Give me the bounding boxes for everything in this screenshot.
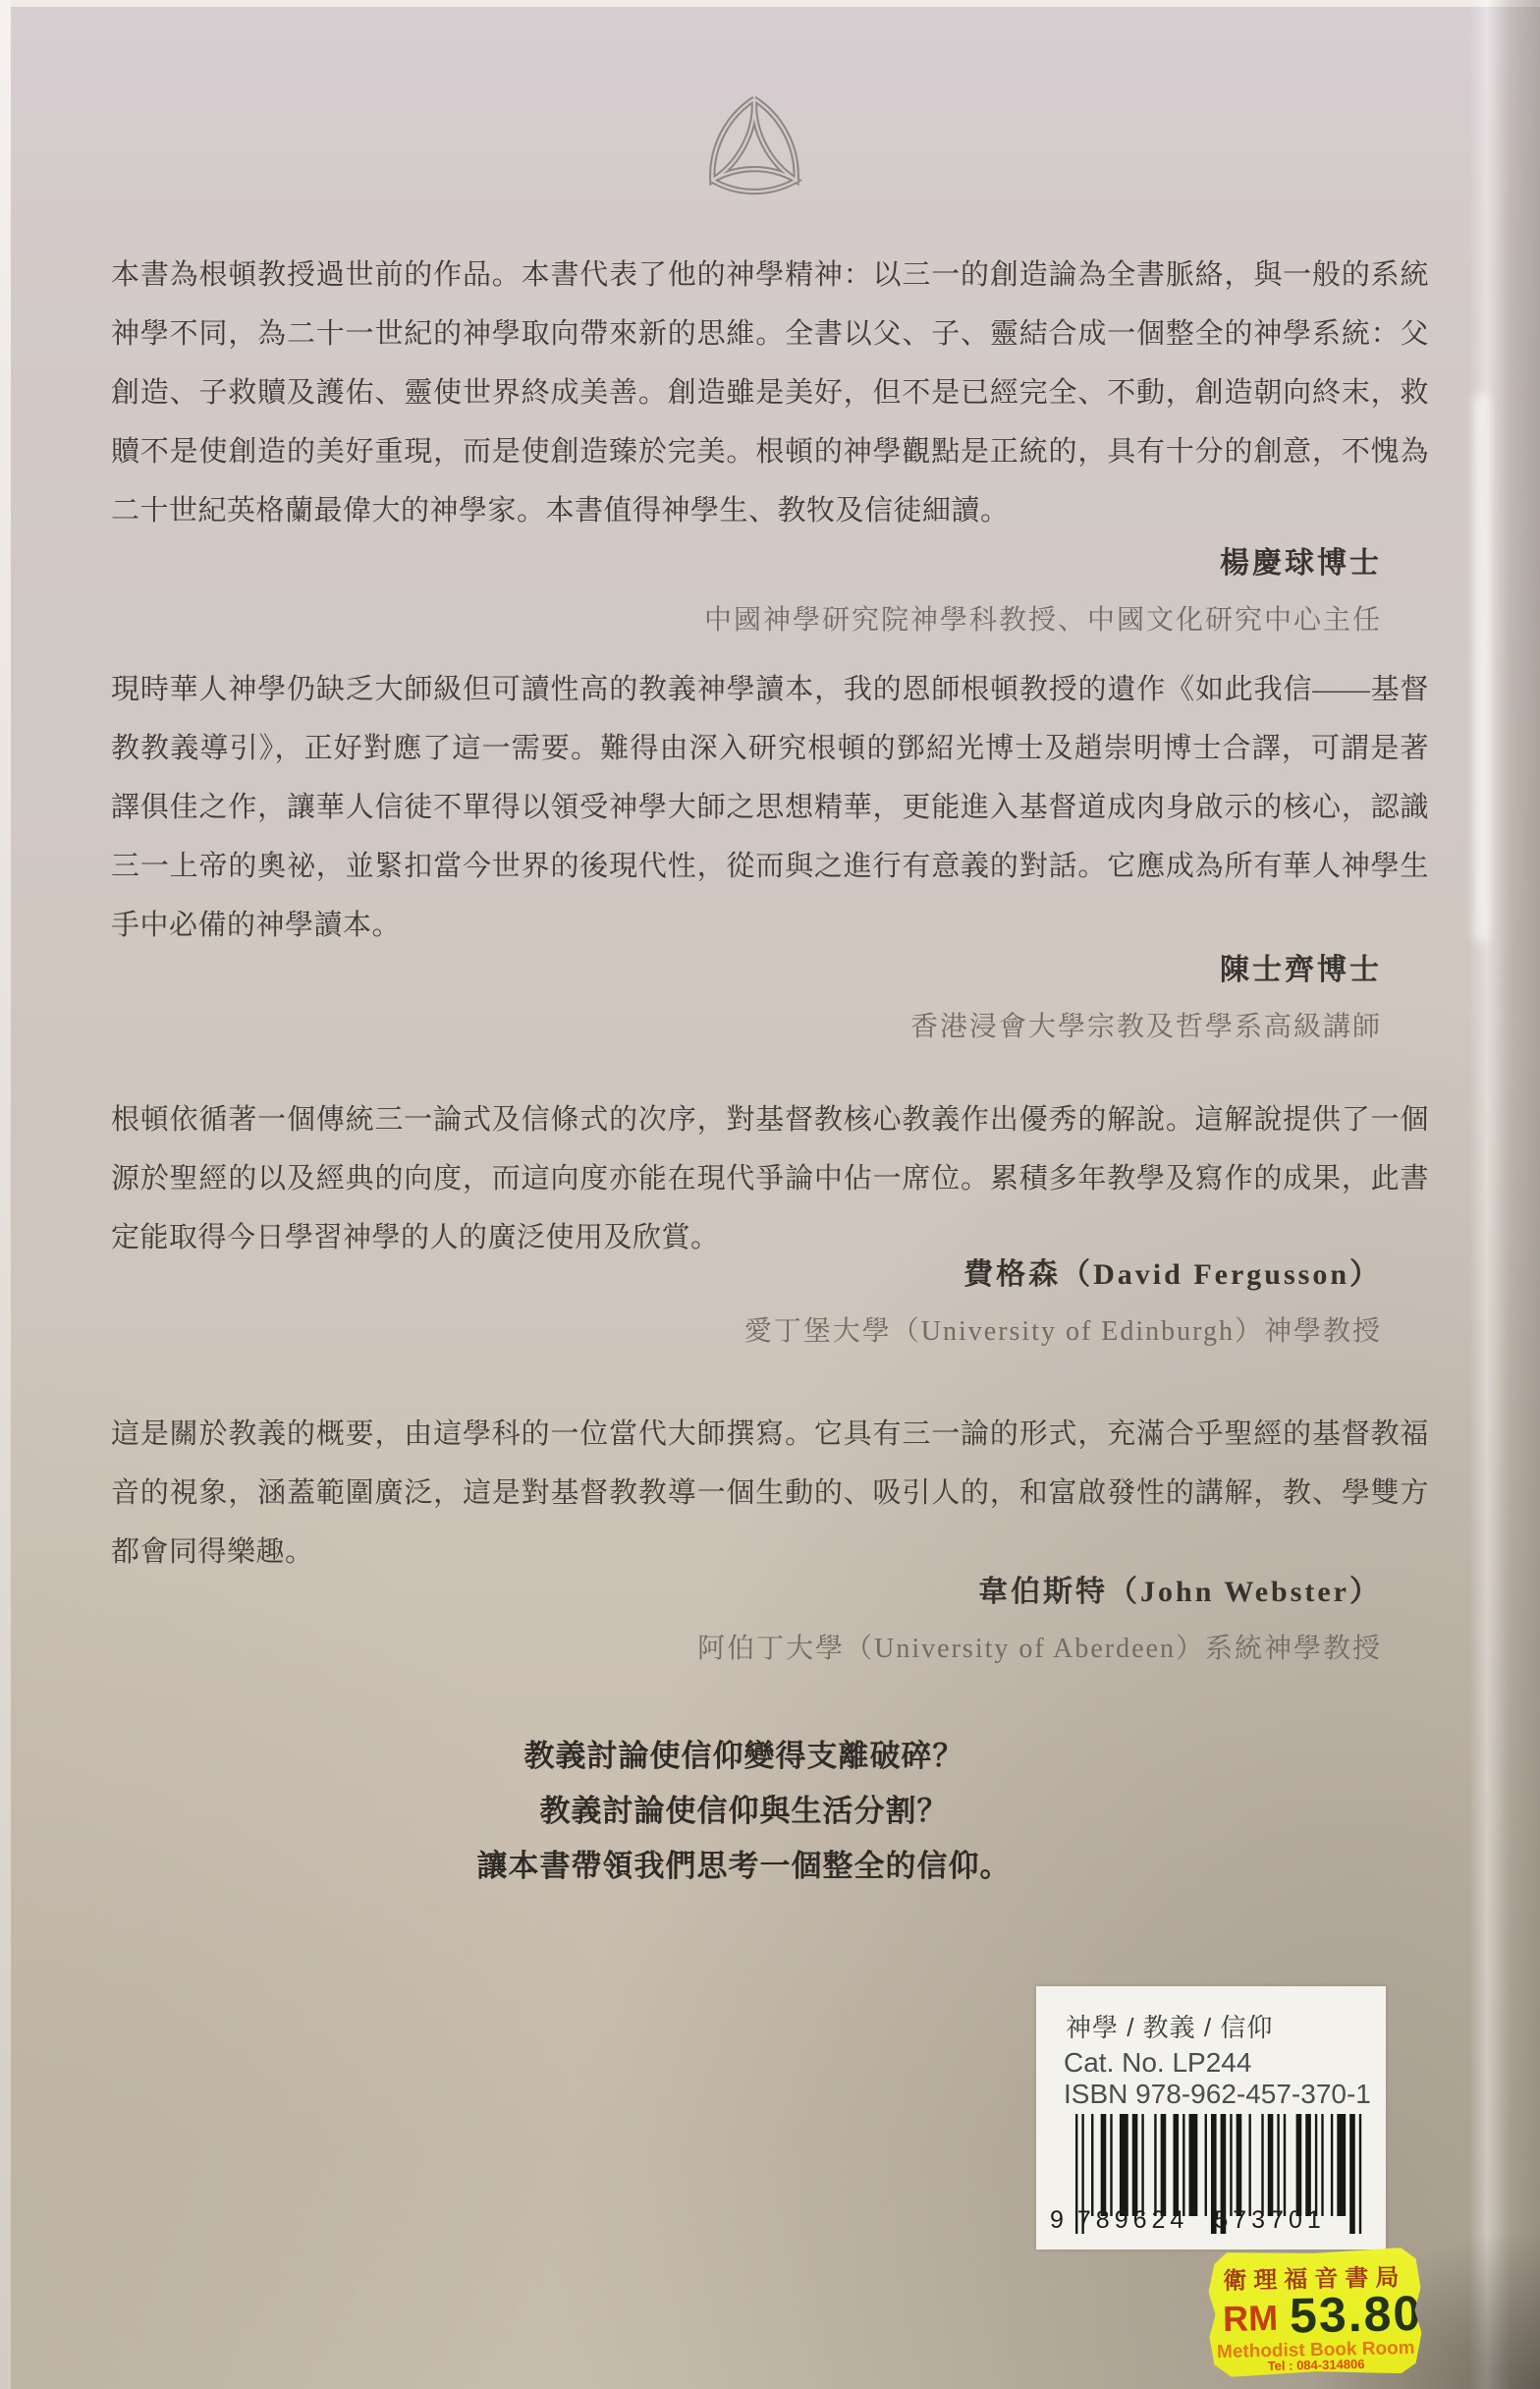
endorsement-text: 這是關於教義的概要，由這學科的一位當代大師撰寫。它具有三一論的形式，充滿合乎聖經… — [111, 1405, 1429, 1582]
endorser-title: 中國神學研究院神學科教授、中國文化研究中心主任 — [704, 598, 1382, 638]
endorsement-text: 根頓依循著一個傳統三一論式及信條式的次序，對基督教核心教義作出優秀的解說。這解說… — [111, 1090, 1429, 1267]
endorser-name: 韋伯斯特（John Webster） — [697, 1567, 1382, 1610]
price-value: 53.80 — [1289, 2285, 1422, 2345]
endorser: 韋伯斯特（John Webster） 阿伯丁大學（University of A… — [697, 1567, 1382, 1666]
endorser-name: 楊慶球博士 — [704, 538, 1382, 582]
subject-category: 神學 / 教義 / 信仰 — [1066, 2008, 1273, 2044]
catalogue-number: Cat. No. LP244 — [1064, 2047, 1251, 2079]
triquetra-trinity-knot-icon — [697, 94, 811, 198]
book-back-cover: { "logo": {"icon": "triquetra-trinity-kn… — [0, 0, 1540, 2389]
barcode-digit-group1: 789624 — [1077, 2206, 1188, 2235]
barcode-digit-first: 9 — [1050, 2206, 1064, 2235]
endorser-name: 費格森（David Fergusson） — [744, 1250, 1382, 1293]
price-sticker: 衛理福音書局 RM 53.80 Methodist Book Room Tel … — [1208, 2248, 1423, 2377]
tagline-line: 教義討論使信仰與生活分割？ — [0, 1784, 1488, 1839]
endorser: 陳士齊博士 香港浸會大學宗教及哲學系高級講師 — [910, 945, 1382, 1044]
photo-edge-left — [0, 0, 11, 2389]
endorser-title: 愛丁堡大學（University of Edinburgh）神學教授 — [744, 1309, 1382, 1349]
light-streak — [1473, 393, 1489, 943]
endorser-title: 香港浸會大學宗教及哲學系高級講師 — [910, 1005, 1382, 1044]
endorsement-text: 現時華人神學仍缺乏大師級但可讀性高的教義神學讀本，我的恩師根頓教授的遺作《如此我… — [111, 660, 1429, 955]
currency-label: RM — [1223, 2298, 1279, 2340]
endorser-title: 阿伯丁大學（University of Aberdeen）系統神學教授 — [697, 1627, 1382, 1666]
endorser: 楊慶球博士 中國神學研究院神學科教授、中國文化研究中心主任 — [704, 538, 1382, 638]
isbn-number: ISBN 978-962-457-370-1 — [1064, 2079, 1371, 2110]
barcode-digits: 9789624573701 — [1050, 2206, 1374, 2235]
endorser: 費格森（David Fergusson） 愛丁堡大學（University of… — [744, 1250, 1382, 1349]
endorsement-text: 本書為根頓教授過世前的作品。本書代表了他的神學精神：以三一的創造論為全書脈絡，與… — [111, 246, 1429, 540]
barcode-digit-group2: 573701 — [1214, 2206, 1325, 2235]
endorser-name: 陳士齊博士 — [910, 945, 1382, 988]
isbn-barcode-box: 神學 / 教義 / 信仰 Cat. No. LP244 ISBN 978-962… — [1036, 1986, 1386, 2250]
book-page-edge — [1469, 0, 1540, 2389]
tagline-line: 教義討論使信仰變得支離破碎？ — [0, 1729, 1488, 1784]
photo-edge-top — [0, 0, 1540, 7]
tagline: 教義討論使信仰變得支離破碎？ 教義討論使信仰與生活分割？ 讓本書帶領我們思考一個… — [0, 1729, 1488, 1894]
tagline-line: 讓本書帶領我們思考一個整全的信仰。 — [0, 1839, 1488, 1894]
